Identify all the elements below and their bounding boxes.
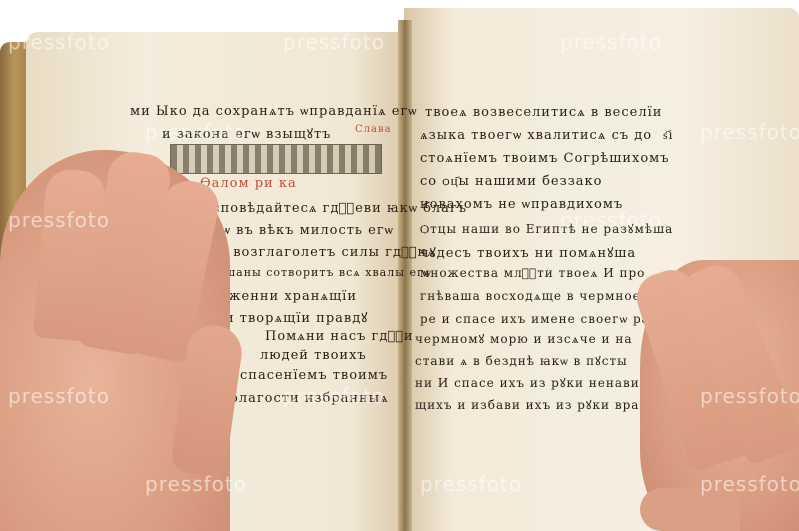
margin-mark: ѕ҃і (663, 128, 674, 143)
left-text-line: слышаны сотворитъ всѧ хвалы егѡ (200, 266, 432, 279)
right-text-line: гнѣваша восходѧще в чермное мо (420, 289, 664, 304)
watermark: pressfoto (420, 472, 522, 496)
right-text-line: со ѻц҃ы нашими беззако (420, 173, 603, 189)
watermark: pressfoto (700, 384, 799, 408)
right-text-line: чермномꙋ морю и изсѧче и на (415, 330, 633, 347)
watermark: pressfoto (8, 208, 110, 232)
right-text-line: стоѧнїемъ твоимъ Согрѣшихомъ (420, 150, 670, 166)
watermark: pressfoto (283, 384, 385, 408)
right-text-line: ре и спасе ихъ имене своегѡ ради (420, 312, 667, 327)
left-text-line: Помѧни насъ гдⷭ҇и (265, 328, 414, 344)
psalm-heading: Ѳалом ри ка (200, 176, 297, 191)
left-text-line: и творѧщїи правдꙋ (225, 308, 368, 326)
right-text-line: твоеѧ возвеселитисѧ в веселїи (425, 104, 662, 120)
right-text-line: ни И спасе ихъ из рꙋки ненавидѧ (415, 374, 656, 391)
watermark: pressfoto (283, 30, 385, 54)
watermark: pressfoto (145, 120, 247, 144)
left-text-line: ꙗкѡ въ вѣкъ милость егѡ (200, 222, 394, 238)
watermark: pressfoto (8, 384, 110, 408)
watermark: pressfoto (145, 472, 247, 496)
left-text-line: Кто возглаголетъ силы гдⷭ҇нѧ (200, 244, 436, 260)
right-text-line: множества млⷭ҇ти твоеѧ И про (420, 266, 645, 281)
red-label: Слава (355, 124, 392, 135)
watermark: pressfoto (560, 208, 662, 232)
right-text-line: чꙋдесъ твоихъ ни помѧнꙋша (420, 243, 636, 261)
decorative-headpiece (170, 144, 382, 174)
watermark: pressfoto (700, 472, 799, 496)
left-text-line: людей твоихъ (260, 348, 367, 363)
right-text-line: ѧзыка твоегѡ хвалитисѧ съ до (420, 127, 652, 143)
open-book: ми Ыко да сохранѧтъ ѡправданїѧ егѡ и зак… (0, 0, 799, 531)
watermark: pressfoto (560, 30, 662, 54)
watermark: pressfoto (8, 30, 110, 54)
left-text-line: ми Ыко да сохранѧтъ ѡправданїѧ егѡ (130, 103, 418, 119)
left-text-line: спасенїемъ твоимъ (240, 368, 388, 383)
right-text-line: стави ѧ в безднѣ ꙗкѡ в пꙋсты (415, 352, 628, 369)
right-text-line: щихъ и избави ихъ из рꙋки врага (415, 396, 655, 413)
watermark: pressfoto (700, 120, 799, 144)
